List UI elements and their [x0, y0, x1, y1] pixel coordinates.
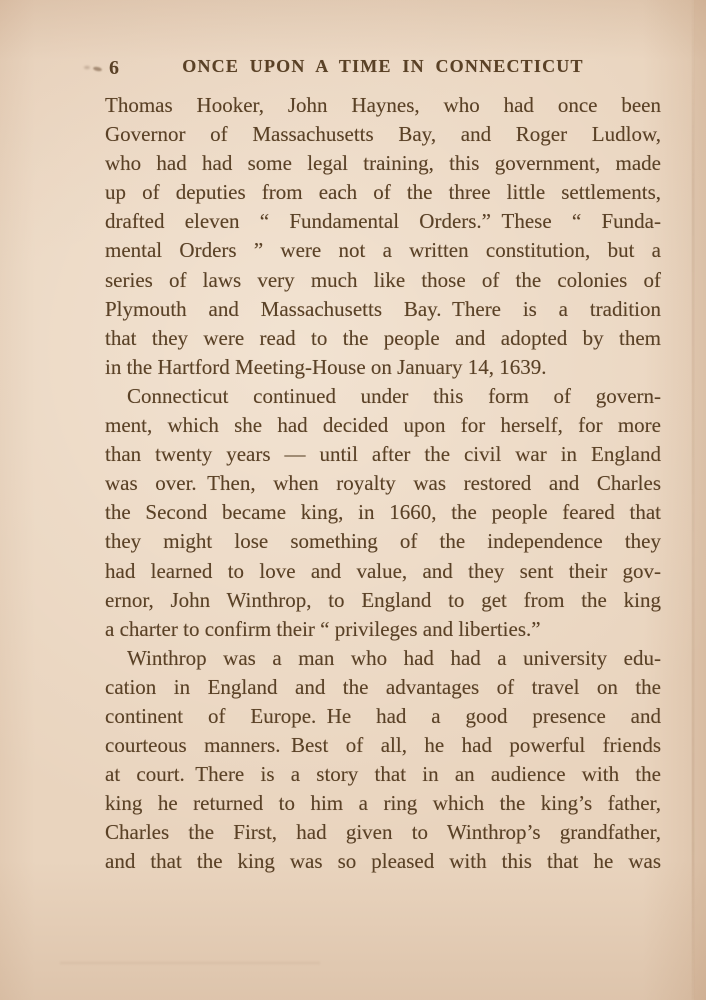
text-line: continent of Europe. He had a good prese…: [105, 702, 661, 731]
text-line: Thomas Hooker, John Haynes, who had once…: [105, 91, 661, 120]
ink-smudge-mark: [84, 66, 90, 69]
text-line: and that the king was so pleased with th…: [105, 847, 661, 876]
scan-artifact-streak: [60, 962, 320, 964]
text-line: ernor, John Winthrop, to England to get …: [105, 586, 661, 615]
text-line: king he returned to him a ring which the…: [105, 789, 661, 818]
page-edge-shadow: [694, 0, 706, 1000]
page-number: 6: [109, 57, 120, 80]
text-line: in the Hartford Meeting-House on January…: [105, 353, 661, 382]
ink-smudge-mark: [93, 66, 103, 72]
text-line: that they were read to the people and ad…: [105, 324, 661, 353]
text-line: Charles the First, had given to Winthrop…: [105, 818, 661, 847]
running-title: ONCE UPON A TIME IN CONNECTICUT: [105, 56, 661, 77]
text-line: the Second became king, in 1660, the peo…: [105, 498, 661, 527]
text-line: Connecticut continued under this form of…: [105, 382, 661, 411]
text-line: was over. Then, when royalty was restore…: [105, 469, 661, 498]
text-line: who had had some legal training, this go…: [105, 149, 661, 178]
text-line: mental Orders ” were not a written const…: [105, 236, 661, 265]
text-line: ment, which she had decided upon for her…: [105, 411, 661, 440]
text-line: Plymouth and Massachusetts Bay. There is…: [105, 295, 661, 324]
text-line: drafted eleven “ Fundamental Orders.” Th…: [105, 207, 661, 236]
running-head: 6 ONCE UPON A TIME IN CONNECTICUT: [105, 56, 661, 82]
book-page: 6 ONCE UPON A TIME IN CONNECTICUT Thomas…: [0, 0, 706, 1000]
text-line: courteous manners. Best of all, he had p…: [105, 731, 661, 760]
text-line: series of laws very much like those of t…: [105, 266, 661, 295]
text-line: at court. There is a story that in an au…: [105, 760, 661, 789]
text-line: up of deputies from each of the three li…: [105, 178, 661, 207]
text-line: Winthrop was a man who had had a univers…: [105, 644, 661, 673]
text-line: Governor of Massachusetts Bay, and Roger…: [105, 120, 661, 149]
text-line: they might lose something of the indepen…: [105, 527, 661, 556]
text-block: Thomas Hooker, John Haynes, who had once…: [105, 91, 661, 877]
text-line: a charter to confirm their “ privileges …: [105, 615, 661, 644]
text-line: cation in England and the advantages of …: [105, 673, 661, 702]
text-line: had learned to love and value, and they …: [105, 557, 661, 586]
text-line: than twenty years — until after the civi…: [105, 440, 661, 469]
